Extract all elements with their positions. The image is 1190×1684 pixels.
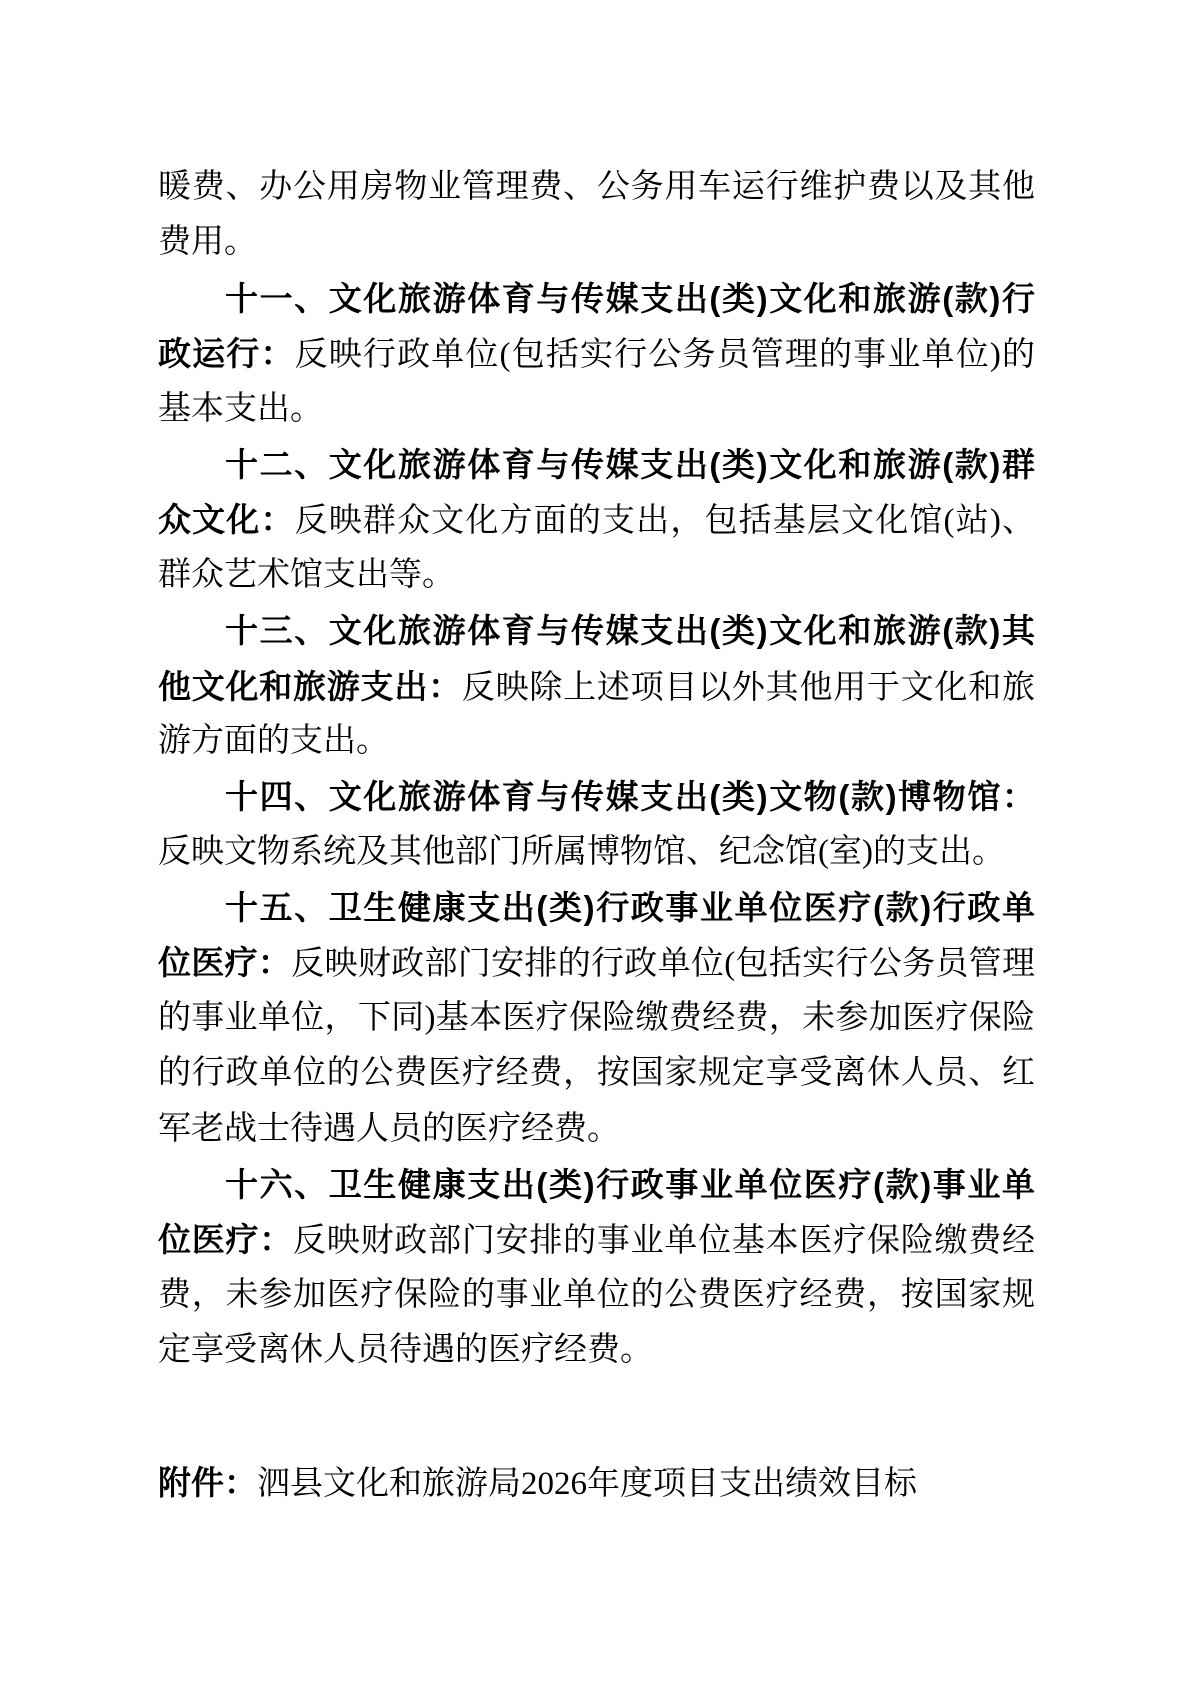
document-page: 暖费、办公用房物业管理费、公务用车运行维护费以及其他 费用。 十一、文化旅游体育…	[0, 0, 1190, 1684]
body-text: 反映财政部门安排的事业单位基本医疗保险缴费经	[293, 1223, 1035, 1259]
paragraph-continuation: 暖费、办公用房物业管理费、公务用车运行维护费以及其他 费用。	[158, 160, 1035, 271]
text-line: 十一、文化旅游体育与传媒支出(类)文化和旅游(款)行	[158, 271, 1035, 326]
body-text: 反映财政部门安排的行政单位(包括实行公务员管理	[291, 946, 1035, 982]
text-line: 十四、文化旅游体育与传媒支出(类)文物(款)博物馆：	[158, 769, 1035, 824]
body-text: 反映除上述项目以外其他用于文化和旅	[462, 670, 1035, 706]
body-text: 的行政单位的公费医疗经费，按国家规定享受离休人员、红	[158, 1055, 1035, 1091]
section-heading: 十六、卫生健康支出(类)行政事业单位医疗(款)事业单	[225, 1166, 1035, 1203]
section-heading: 他文化和旅游支出：	[158, 668, 462, 705]
body-text: 反映群众文化方面的支出，包括基层文化馆(站)、	[295, 503, 1035, 539]
body-text: 基本支出。	[158, 391, 323, 427]
text-line: 政运行：反映行政单位(包括实行公务员管理的事业单位)的	[158, 326, 1035, 381]
body-text: 群众艺术馆支出等。	[158, 557, 455, 593]
text-line: 十二、文化旅游体育与传媒支出(类)文化和旅游(款)群	[158, 437, 1035, 492]
body-text: 的事业单位，下同)基本医疗保险缴费经费，未参加医疗保险	[158, 1000, 1035, 1036]
body-text: 军老战士待遇人员的医疗经费。	[158, 1111, 620, 1147]
text-line: 的事业单位，下同)基本医疗保险缴费经费，未参加医疗保险	[158, 991, 1035, 1046]
attachment-line: 附件：泗县文化和旅游局2026年度项目支出绩效目标	[158, 1455, 1035, 1510]
body-text: 反映文物系统及其他部门所属博物馆、纪念馆(室)的支出。	[158, 834, 1005, 870]
text-line: 军老战士待遇人员的医疗经费。	[158, 1102, 1035, 1157]
text-line: 基本支出。	[158, 382, 1035, 437]
section-heading: 位医疗：	[158, 1221, 293, 1258]
section-heading: 十一、文化旅游体育与传媒支出(类)文化和旅游(款)行	[225, 280, 1035, 317]
text-line: 位医疗：反映财政部门安排的行政单位(包括实行公务员管理	[158, 935, 1035, 990]
paragraph-11: 十一、文化旅游体育与传媒支出(类)文化和旅游(款)行 政运行：反映行政单位(包括…	[158, 271, 1035, 437]
body-text: 定享受离休人员待遇的医疗经费。	[158, 1332, 653, 1368]
text-line: 定享受离休人员待遇的医疗经费。	[158, 1323, 1035, 1378]
attachment-label: 附件：	[158, 1464, 257, 1501]
text-line: 的行政单位的公费医疗经费，按国家规定享受离休人员、红	[158, 1046, 1035, 1101]
text-line: 游方面的支出。	[158, 714, 1035, 769]
body-text: 费用。	[158, 224, 257, 260]
text-line: 十三、文化旅游体育与传媒支出(类)文化和旅游(款)其	[158, 603, 1035, 658]
document-content: 暖费、办公用房物业管理费、公务用车运行维护费以及其他 费用。 十一、文化旅游体育…	[158, 160, 1035, 1510]
paragraph-12: 十二、文化旅游体育与传媒支出(类)文化和旅游(款)群 众文化：反映群众文化方面的…	[158, 437, 1035, 603]
text-line: 十六、卫生健康支出(类)行政事业单位医疗(款)事业单	[158, 1157, 1035, 1212]
paragraph-16: 十六、卫生健康支出(类)行政事业单位医疗(款)事业单 位医疗：反映财政部门安排的…	[158, 1157, 1035, 1379]
body-text: 游方面的支出。	[158, 723, 389, 759]
section-heading: 众文化：	[158, 501, 295, 538]
text-line: 暖费、办公用房物业管理费、公务用车运行维护费以及其他	[158, 160, 1035, 215]
text-line: 众文化：反映群众文化方面的支出，包括基层文化馆(站)、	[158, 492, 1035, 547]
text-line: 群众艺术馆支出等。	[158, 548, 1035, 603]
section-heading: 位医疗：	[158, 944, 291, 981]
section-heading: 十五、卫生健康支出(类)行政事业单位医疗(款)行政单	[225, 889, 1035, 926]
attachment-text: 泗县文化和旅游局2026年度项目支出绩效目标	[257, 1466, 917, 1502]
paragraph-13: 十三、文化旅游体育与传媒支出(类)文化和旅游(款)其 他文化和旅游支出：反映除上…	[158, 603, 1035, 769]
text-line: 他文化和旅游支出：反映除上述项目以外其他用于文化和旅	[158, 659, 1035, 714]
section-heading: 十二、文化旅游体育与传媒支出(类)文化和旅游(款)群	[225, 446, 1035, 483]
text-line: 位医疗：反映财政部门安排的事业单位基本医疗保险缴费经	[158, 1212, 1035, 1267]
section-heading: 十四、文化旅游体育与传媒支出(类)文物(款)博物馆：	[225, 778, 1035, 815]
section-heading: 十三、文化旅游体育与传媒支出(类)文化和旅游(款)其	[225, 612, 1035, 649]
text-line: 十五、卫生健康支出(类)行政事业单位医疗(款)行政单	[158, 880, 1035, 935]
body-text: 费，未参加医疗保险的事业单位的公费医疗经费，按国家规	[158, 1277, 1035, 1313]
paragraph-15: 十五、卫生健康支出(类)行政事业单位医疗(款)行政单 位医疗：反映财政部门安排的…	[158, 880, 1035, 1157]
body-text: 暖费、办公用房物业管理费、公务用车运行维护费以及其他	[158, 169, 1035, 205]
paragraph-14: 十四、文化旅游体育与传媒支出(类)文物(款)博物馆： 反映文物系统及其他部门所属…	[158, 769, 1035, 880]
text-line: 费，未参加医疗保险的事业单位的公费医疗经费，按国家规	[158, 1268, 1035, 1323]
text-line: 反映文物系统及其他部门所属博物馆、纪念馆(室)的支出。	[158, 825, 1035, 880]
section-heading: 政运行：	[158, 335, 295, 372]
text-line: 费用。	[158, 215, 1035, 270]
body-text: 反映行政单位(包括实行公务员管理的事业单位)的	[295, 337, 1035, 373]
